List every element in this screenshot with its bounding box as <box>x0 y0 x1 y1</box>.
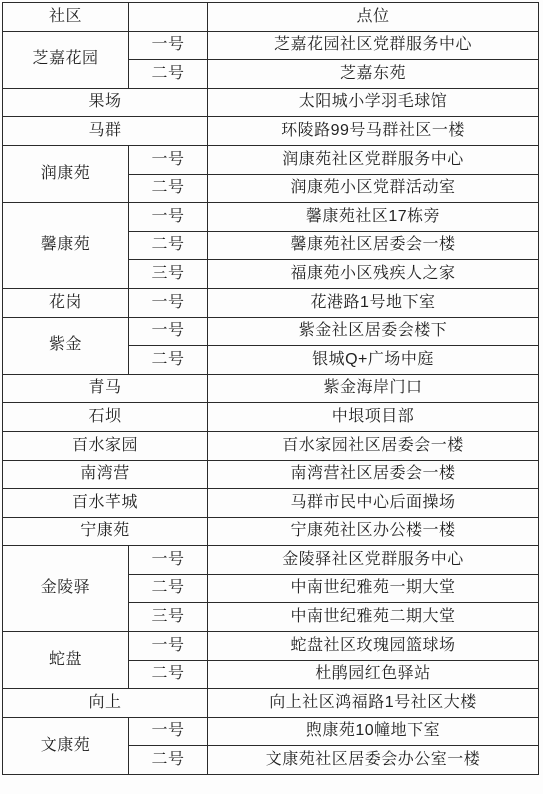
point-location-cell: 银城Q+广场中庭 <box>208 346 539 375</box>
point-location-cell: 中南世纪雅苑一期大堂 <box>208 574 539 603</box>
table-row: 百水芊城 马群市民中心后面操场 <box>3 489 539 518</box>
table-row: 向上 向上社区鸿福路1号社区大楼 <box>3 689 539 718</box>
point-location-cell: 向上社区鸿福路1号社区大楼 <box>208 689 539 718</box>
point-location-cell: 馨康苑社区17栋旁 <box>208 203 539 232</box>
point-location-cell: 宁康苑社区办公楼一楼 <box>208 517 539 546</box>
table-row: 百水家园 百水家园社区居委会一楼 <box>3 431 539 460</box>
table-row: 宁康苑 宁康苑社区办公楼一楼 <box>3 517 539 546</box>
community-name-cell: 金陵驿 <box>3 546 129 632</box>
point-location-cell: 芝嘉花园社区党群服务中心 <box>208 31 539 60</box>
point-location-cell: 金陵驿社区党群服务中心 <box>208 546 539 575</box>
table-row: 紫金 一号 紫金社区居委会楼下 <box>3 317 539 346</box>
community-name-cell: 向上 <box>3 689 208 718</box>
point-number-cell: 二号 <box>129 60 208 89</box>
community-name-cell: 百水家园 <box>3 431 208 460</box>
point-location-cell: 南湾营社区居委会一楼 <box>208 460 539 489</box>
community-name-cell: 石坝 <box>3 403 208 432</box>
point-number-cell: 二号 <box>129 174 208 203</box>
table-row: 南湾营 南湾营社区居委会一楼 <box>3 460 539 489</box>
table-row: 芝嘉花园 一号 芝嘉花园社区党群服务中心 <box>3 31 539 60</box>
point-number-cell: 二号 <box>129 746 208 775</box>
point-location-cell: 花港路1号地下室 <box>208 288 539 317</box>
table-row: 润康苑 一号 润康苑社区党群服务中心 <box>3 145 539 174</box>
point-location-cell: 杜鹃园红色驿站 <box>208 660 539 689</box>
point-number-cell: 一号 <box>129 632 208 661</box>
community-name-cell: 南湾营 <box>3 460 208 489</box>
point-number-cell: 一号 <box>129 145 208 174</box>
point-number-cell: 一号 <box>129 546 208 575</box>
table-row: 花岗 一号 花港路1号地下室 <box>3 288 539 317</box>
table-row: 青马 紫金海岸门口 <box>3 374 539 403</box>
community-name-cell: 青马 <box>3 374 208 403</box>
header-number-cell <box>129 3 208 32</box>
point-location-cell: 芝嘉东苑 <box>208 60 539 89</box>
point-location-cell: 紫金社区居委会楼下 <box>208 317 539 346</box>
point-location-cell: 煦康苑10幢地下室 <box>208 717 539 746</box>
table-row: 马群 环陵路99号马群社区一楼 <box>3 117 539 146</box>
table-row: 文康苑 一号 煦康苑10幢地下室 <box>3 717 539 746</box>
table-row: 石坝 中垠项目部 <box>3 403 539 432</box>
point-number-cell: 一号 <box>129 203 208 232</box>
table-row: 馨康苑 一号 馨康苑社区17栋旁 <box>3 203 539 232</box>
table-row: 金陵驿 一号 金陵驿社区党群服务中心 <box>3 546 539 575</box>
table-row: 果场 太阳城小学羽毛球馆 <box>3 88 539 117</box>
header-point-cell: 点位 <box>208 3 539 32</box>
point-location-cell: 润康苑小区党群活动室 <box>208 174 539 203</box>
table-header-row: 社区 点位 <box>3 3 539 32</box>
community-name-cell: 馨康苑 <box>3 203 129 289</box>
point-number-cell: 一号 <box>129 288 208 317</box>
community-name-cell: 花岗 <box>3 288 129 317</box>
point-location-cell: 中南世纪雅苑二期大堂 <box>208 603 539 632</box>
point-number-cell: 三号 <box>129 603 208 632</box>
point-number-cell: 一号 <box>129 317 208 346</box>
point-location-cell: 馨康苑社区居委会一楼 <box>208 231 539 260</box>
point-location-cell: 蛇盘社区玫瑰园篮球场 <box>208 632 539 661</box>
community-name-cell: 果场 <box>3 88 208 117</box>
point-number-cell: 二号 <box>129 574 208 603</box>
point-location-cell: 润康苑社区党群服务中心 <box>208 145 539 174</box>
community-name-cell: 紫金 <box>3 317 129 374</box>
point-number-cell: 二号 <box>129 231 208 260</box>
point-location-cell: 文康苑社区居委会办公室一楼 <box>208 746 539 775</box>
point-location-cell: 百水家园社区居委会一楼 <box>208 431 539 460</box>
header-community-cell: 社区 <box>3 3 129 32</box>
point-location-cell: 马群市民中心后面操场 <box>208 489 539 518</box>
community-name-cell: 润康苑 <box>3 145 129 202</box>
point-number-cell: 一号 <box>129 31 208 60</box>
community-name-cell: 文康苑 <box>3 717 129 774</box>
community-name-cell: 百水芊城 <box>3 489 208 518</box>
point-number-cell: 一号 <box>129 717 208 746</box>
point-location-cell: 太阳城小学羽毛球馆 <box>208 88 539 117</box>
point-location-cell: 紫金海岸门口 <box>208 374 539 403</box>
point-location-cell: 中垠项目部 <box>208 403 539 432</box>
community-name-cell: 芝嘉花园 <box>3 31 129 88</box>
community-name-cell: 马群 <box>3 117 208 146</box>
community-name-cell: 宁康苑 <box>3 517 208 546</box>
point-location-cell: 环陵路99号马群社区一楼 <box>208 117 539 146</box>
point-number-cell: 二号 <box>129 346 208 375</box>
point-location-cell: 福康苑小区残疾人之家 <box>208 260 539 289</box>
community-name-cell: 蛇盘 <box>3 632 129 689</box>
point-number-cell: 三号 <box>129 260 208 289</box>
table-row: 蛇盘 一号 蛇盘社区玫瑰园篮球场 <box>3 632 539 661</box>
community-points-table: 社区 点位 芝嘉花园 一号 芝嘉花园社区党群服务中心 二号 芝嘉东苑 果场 太阳… <box>2 2 539 775</box>
point-number-cell: 二号 <box>129 660 208 689</box>
